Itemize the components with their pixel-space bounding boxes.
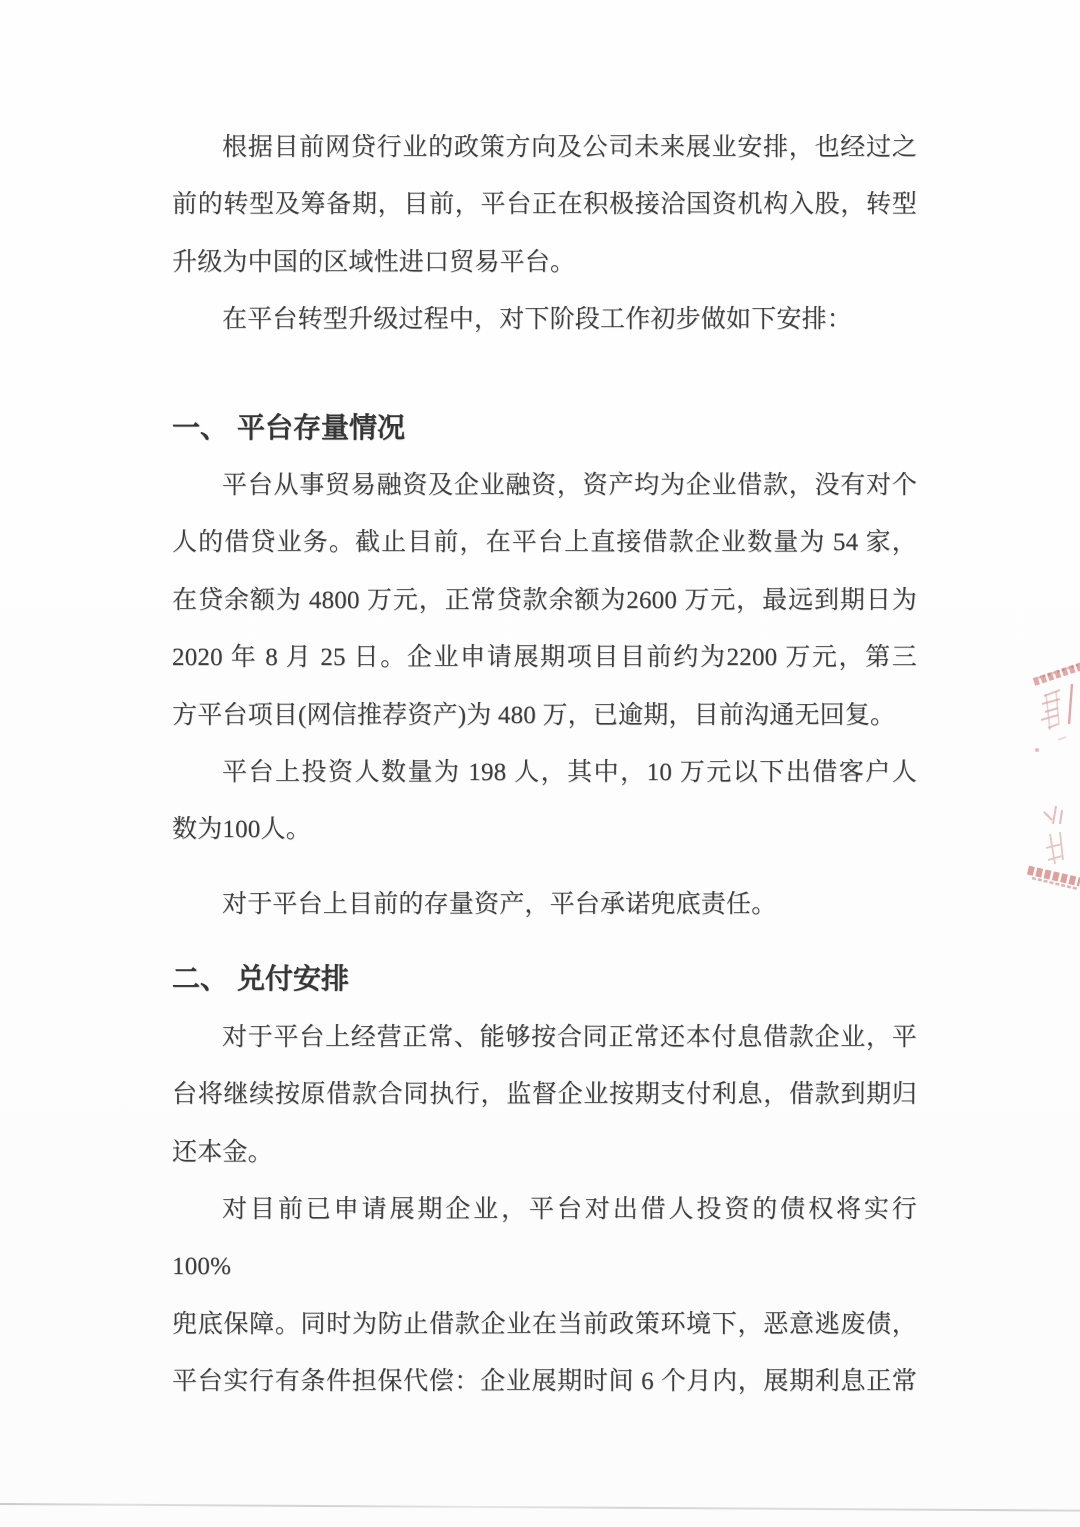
text-line: 2020 年 8 月 25 日。企业申请展期项目目前约为2200 万元，第三 bbox=[172, 629, 917, 686]
section-number: 一、 bbox=[172, 413, 228, 444]
paragraph-investors: 平台上投资人数量为 198 人，其中，10 万元以下出借客户人 数为100人。 bbox=[172, 744, 917, 859]
text-line: 在平台转型升级过程中，对下阶段工作初步做如下安排： bbox=[172, 291, 917, 348]
text-line: 前的转型及筹备期，目前，平台正在积极接洽国资机构入股，转型 bbox=[172, 176, 917, 233]
text-line: 对目前已申请展期企业，平台对出借人投资的债权将实行 100% bbox=[172, 1181, 917, 1296]
paragraph-extension-enterprises: 对目前已申请展期企业，平台对出借人投资的债权将实行 100% 兜底保障。同时为防… bbox=[172, 1181, 917, 1411]
paragraph-intro: 根据目前网贷行业的政策方向及公司未来展业安排，也经过之 前的转型及筹备期，目前，… bbox=[172, 119, 917, 291]
text-line: 平台实行有条件担保代偿：企业展期时间 6 个月内，展期利息正常 bbox=[172, 1353, 917, 1410]
text-line: 台将继续按原借款合同执行，监督企业按期支付利息，借款到期归 bbox=[172, 1066, 917, 1123]
section-heading-platform-holdings: 一、平台存量情况 bbox=[172, 400, 917, 457]
paragraph-normal-enterprises: 对于平台上经营正常、能够按合同正常还本付息借款企业，平 台将继续按原借款合同执行… bbox=[172, 1009, 917, 1181]
text-line: 对于平台上目前的存量资产，平台承诺兜底责任。 bbox=[172, 876, 917, 933]
paragraph-holdings-detail: 平台从事贸易融资及企业融资，资产均为企业借款，没有对个 人的借贷业务。截止目前，… bbox=[172, 457, 917, 744]
paragraph-leadin: 在平台转型升级过程中，对下阶段工作初步做如下安排： bbox=[172, 291, 917, 348]
text-line: 还本金。 bbox=[172, 1124, 917, 1181]
document-content: 根据目前网贷行业的政策方向及公司未来展业安排，也经过之 前的转型及筹备期，目前，… bbox=[0, 0, 1080, 1411]
text-line: 对于平台上经营正常、能够按合同正常还本付息借款企业，平 bbox=[172, 1009, 917, 1066]
text-line: 平台从事贸易融资及企业融资，资产均为企业借款，没有对个 bbox=[172, 457, 917, 514]
paragraph-commitment: 对于平台上目前的存量资产，平台承诺兜底责任。 bbox=[172, 876, 917, 933]
text-line: 平台上投资人数量为 198 人，其中，10 万元以下出借客户人 bbox=[172, 744, 917, 801]
page-bottom-edge bbox=[0, 1503, 1080, 1511]
section-title: 平台存量情况 bbox=[237, 413, 405, 444]
text-line: 在贷余额为 4800 万元，正常贷款余额为2600 万元，最远到期日为 bbox=[172, 572, 917, 629]
text-line: 方平台项目(网信推荐资产)为 480 万，已逾期，目前沟通无回复。 bbox=[172, 687, 917, 744]
text-line: 升级为中国的区域性进口贸易平台。 bbox=[172, 234, 917, 291]
text-line: 人的借贷业务。截止目前，在平台上直接借款企业数量为 54 家， bbox=[172, 514, 917, 571]
text-line: 数为100人。 bbox=[172, 801, 917, 858]
section-heading-repayment-plan: 二、兑付安排 bbox=[172, 951, 917, 1008]
section-title: 兑付安排 bbox=[237, 964, 349, 995]
text-line: 兜底保障。同时为防止借款企业在当前政策环境下，恶意逃废债， bbox=[172, 1296, 917, 1353]
scanned-document-page: 根据目前网贷行业的政策方向及公司未来展业安排，也经过之 前的转型及筹备期，目前，… bbox=[0, 0, 1080, 1527]
section-number: 二、 bbox=[172, 964, 228, 995]
text-line: 根据目前网贷行业的政策方向及公司未来展业安排，也经过之 bbox=[172, 119, 917, 176]
